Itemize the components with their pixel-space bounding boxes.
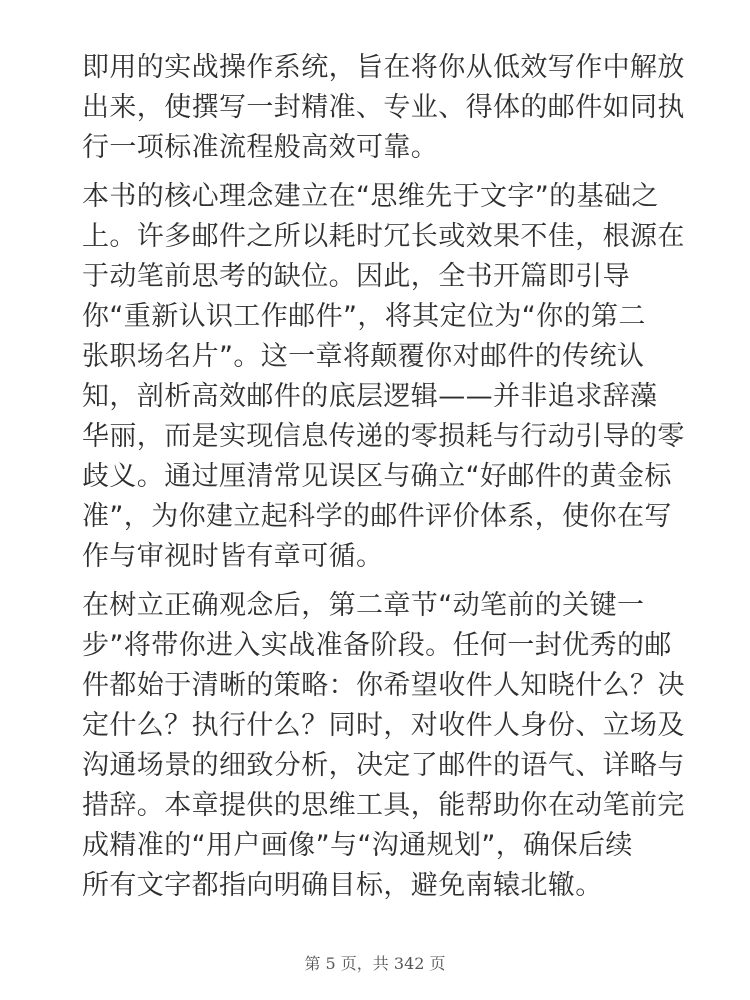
paragraph-3: 在树立正确观念后，第二章节“动笔前的关键一 步”将带你进入实战准备阶段。任何一封… xyxy=(82,586,682,906)
text-line: 措辞。本章提供的思维工具，能帮助你在动笔前完 xyxy=(82,786,682,826)
paragraph-1: 即用的实战操作系统，旨在将你从低效写作中解放 出来，使撰写一封精准、专业、得体的… xyxy=(82,48,682,168)
text-line: 张职场名片”。这一章将颠覆你对邮件的传统认 xyxy=(82,337,682,377)
text-line: 出来，使撰写一封精准、专业、得体的邮件如同执 xyxy=(82,88,682,128)
text-line: 作与审视时皆有章可循。 xyxy=(82,537,682,577)
text-line: 歧义。通过厘清常见误区与确立“好邮件的黄金标 xyxy=(82,457,682,497)
text-line: 本书的核心理念建立在“思维先于文字”的基础之 xyxy=(82,177,682,217)
text-line: 于动笔前思考的缺位。因此，全书开篇即引导 xyxy=(82,257,682,297)
text-line: 上。许多邮件之所以耗时冗长或效果不佳，根源在 xyxy=(82,217,682,257)
text-line: 件都始于清晰的策略：你希望收件人知晓什么？决 xyxy=(82,666,682,706)
text-line: 知，剖析高效邮件的底层逻辑——并非追求辞藻 xyxy=(82,377,682,417)
paragraph-2: 本书的核心理念建立在“思维先于文字”的基础之 上。许多邮件之所以耗时冗长或效果不… xyxy=(82,177,682,577)
text-line: 沟通场景的细致分析，决定了邮件的语气、详略与 xyxy=(82,746,682,786)
page-body: 即用的实战操作系统，旨在将你从低效写作中解放 出来，使撰写一封精准、专业、得体的… xyxy=(82,48,682,915)
text-line: 华丽，而是实现信息传递的零损耗与行动引导的零 xyxy=(82,417,682,457)
text-line: 步”将带你进入实战准备阶段。任何一封优秀的邮 xyxy=(82,626,682,666)
text-line: 所有文字都指向明确目标，避免南辕北辙。 xyxy=(82,866,682,906)
text-line: 定什么？执行什么？同时，对收件人身份、立场及 xyxy=(82,706,682,746)
text-line: 在树立正确观念后，第二章节“动笔前的关键一 xyxy=(82,586,682,626)
text-line: 你“重新认识工作邮件”，将其定位为“你的第二 xyxy=(82,297,682,337)
text-line: 准”，为你建立起科学的邮件评价体系，使你在写 xyxy=(82,497,682,537)
page-number-indicator: 第 5 页，共 342 页 xyxy=(0,951,750,974)
text-line: 即用的实战操作系统，旨在将你从低效写作中解放 xyxy=(82,48,682,88)
text-line: 成精准的“用户画像”与“沟通规划”，确保后续 xyxy=(82,826,682,866)
text-line: 行一项标准流程般高效可靠。 xyxy=(82,128,682,168)
